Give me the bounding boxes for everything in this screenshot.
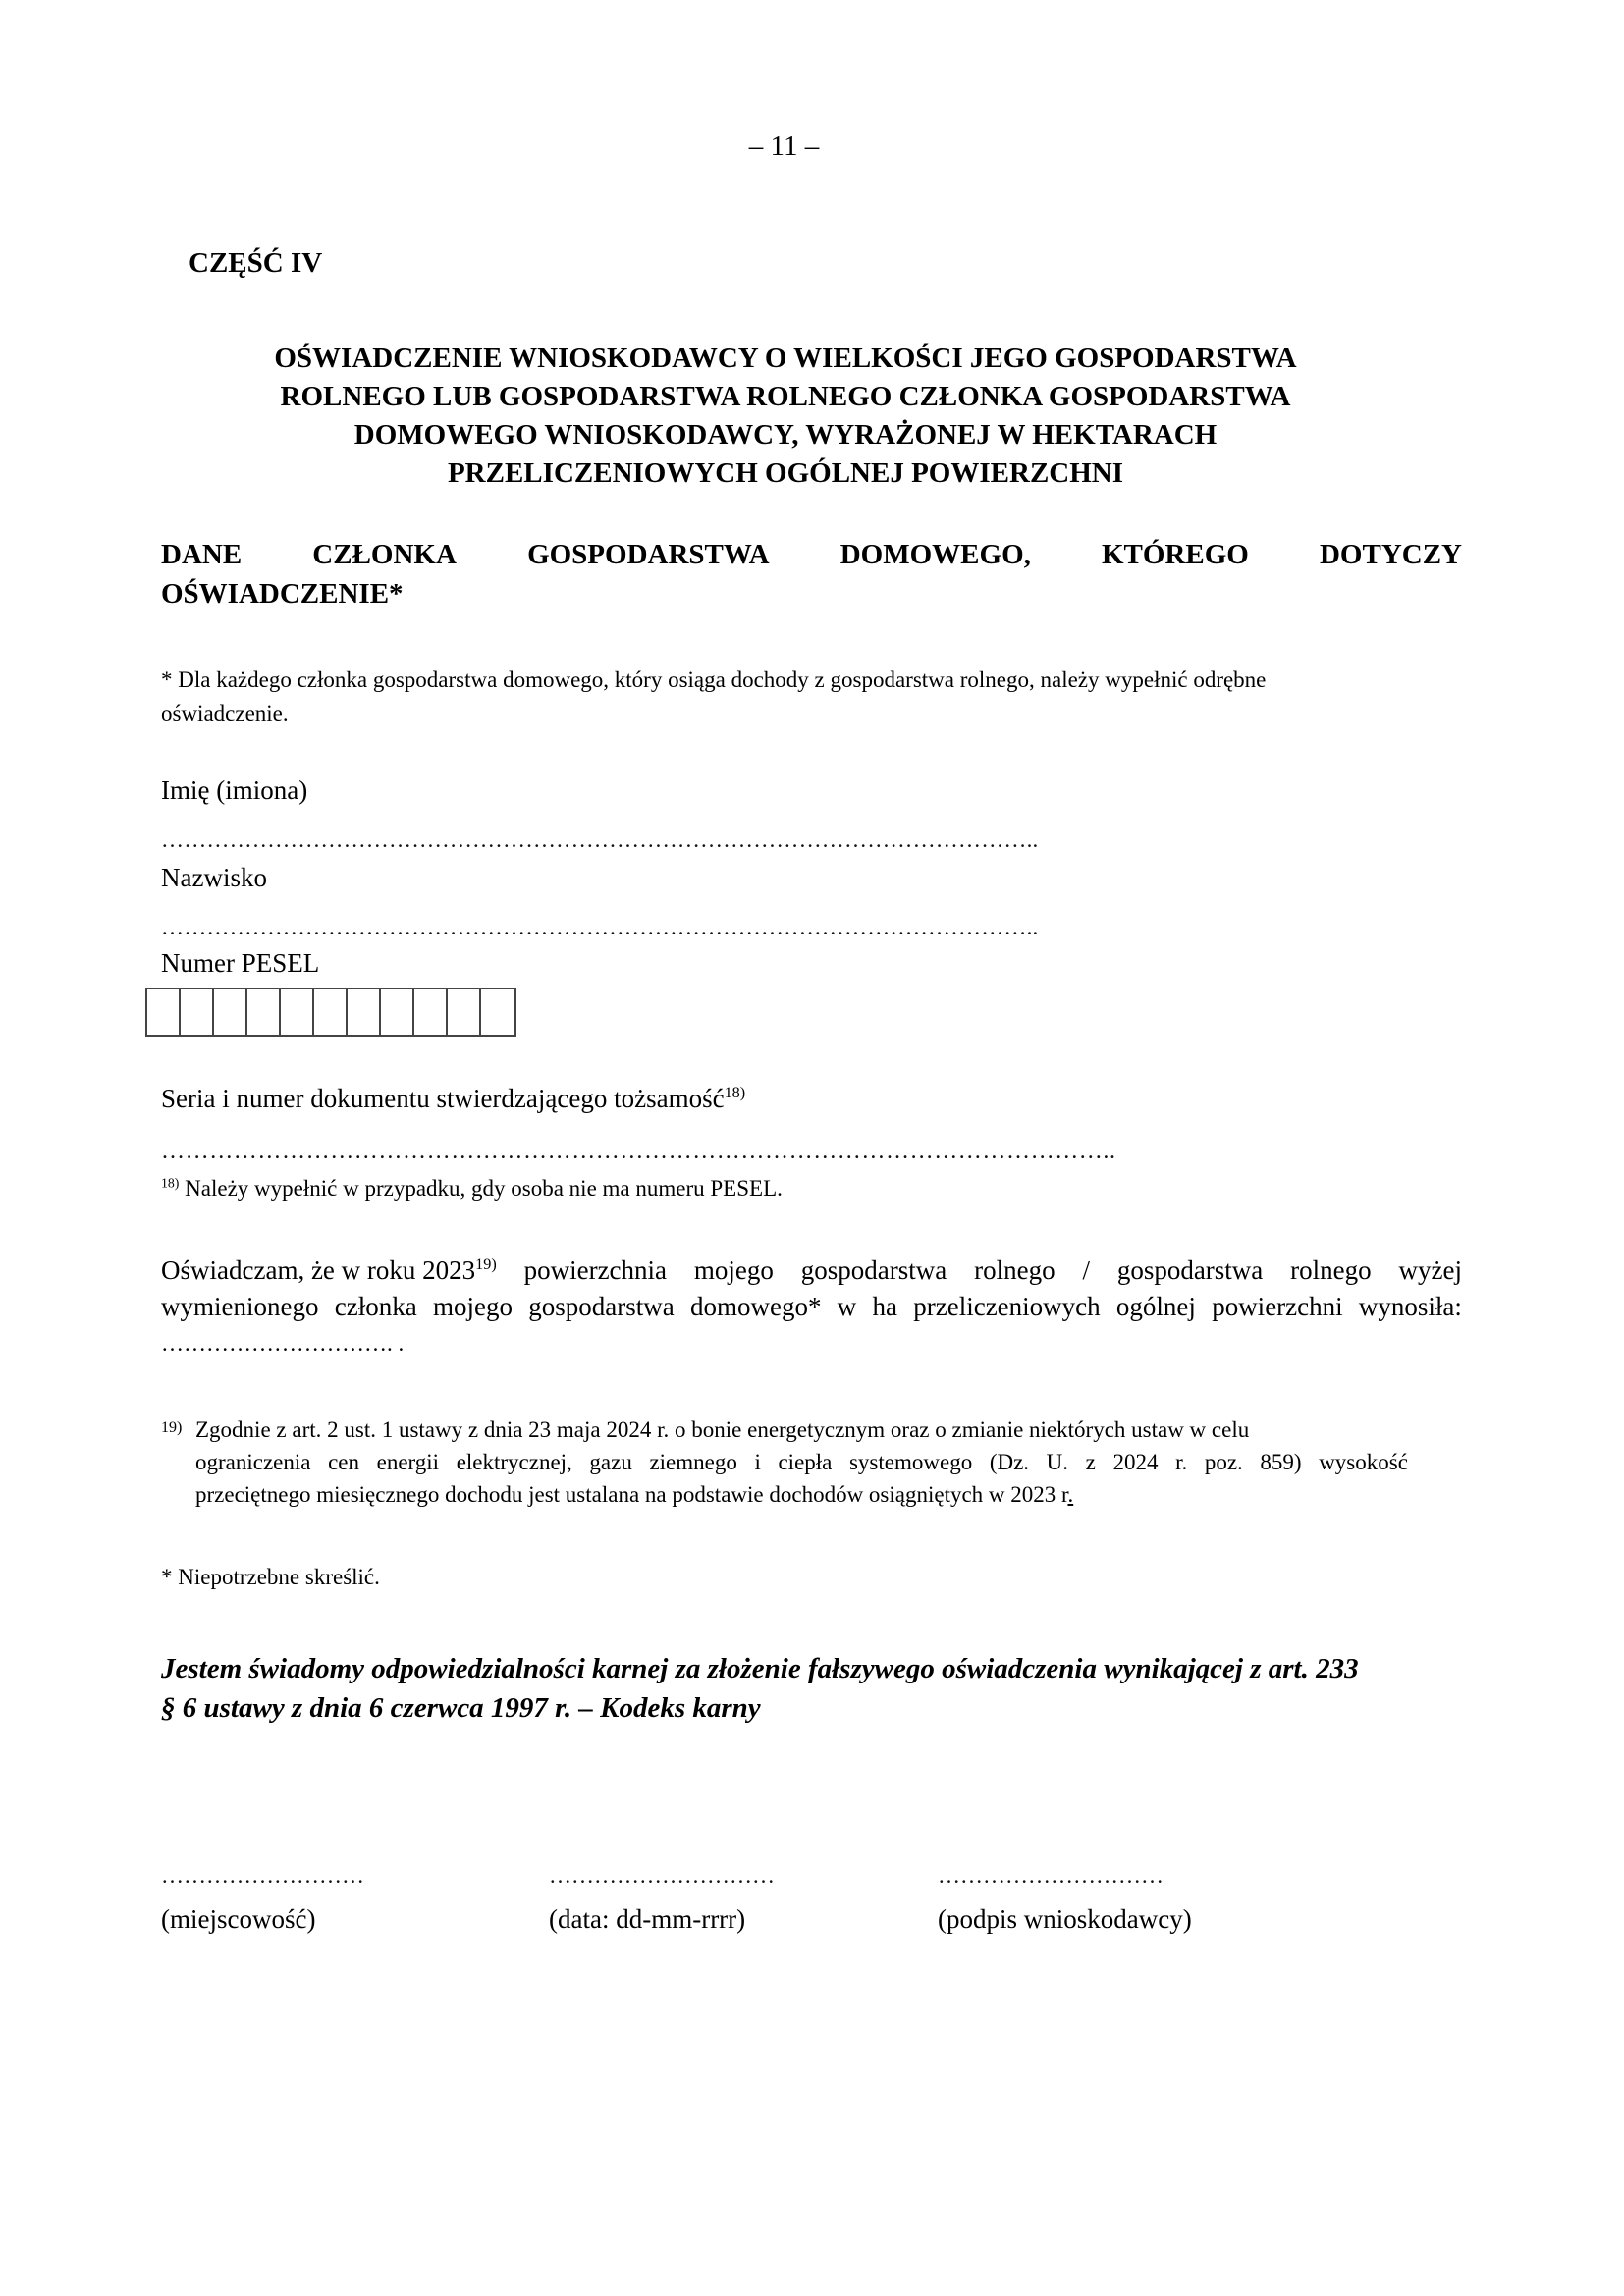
title-line: ROLNEGO LUB GOSPODARSTWA ROLNEGO CZŁONKA…	[0, 378, 1571, 416]
heading-word: KTÓREGO	[1102, 535, 1249, 574]
declaration-word: mojego	[694, 1253, 774, 1289]
pesel-field[interactable]	[145, 988, 516, 1037]
footnote-word: energii	[377, 1446, 439, 1478]
part-label: CZĘŚĆ IV	[189, 247, 322, 280]
footnote-19-line-3-end: .	[1067, 1482, 1073, 1507]
declaration-word: ogólnej	[1116, 1289, 1196, 1325]
declaration-word: wynosiła:	[1359, 1289, 1462, 1325]
footnote-word: 859)	[1260, 1446, 1301, 1478]
pesel-digit-cell[interactable]	[481, 989, 514, 1035]
title-line: PRZELICZENIOWYCH OGÓLNEJ POWIERZCHNI	[0, 454, 1571, 493]
pesel-digit-cell[interactable]	[181, 989, 214, 1035]
intro-note-line-1: * Dla każdego członka gospodarstwa domow…	[161, 664, 1467, 697]
declaration-word: wyżej	[1399, 1253, 1462, 1289]
area-field[interactable]: …………………………. .	[161, 1325, 1462, 1362]
declaration: Oświadczam, że w roku 202319) powierzchn…	[161, 1253, 1462, 1362]
pesel-label: Numer PESEL	[161, 948, 319, 979]
declaration-word: w	[838, 1289, 857, 1325]
id-document-label-text: Seria i numer dokumentu stwierdzającego …	[161, 1084, 725, 1113]
footnote-word: cen	[328, 1446, 359, 1478]
declaration-word: gospodarstwa	[528, 1289, 674, 1325]
declaration-word: domowego*	[690, 1289, 821, 1325]
footnote-word: wysokość	[1319, 1446, 1408, 1478]
declaration-word: gospodarstwa	[1117, 1253, 1263, 1289]
declaration-word: ha	[873, 1289, 897, 1325]
heading-word: GOSPODARSTWA	[527, 535, 770, 574]
signature-label: (podpis wnioskodawcy)	[938, 1904, 1192, 1935]
footnote-19-line-2: ograniczenia cen energii elektrycznej, g…	[195, 1446, 1408, 1478]
id-document-field[interactable]: ……………………………………………………………………………………………………….…	[161, 1139, 1116, 1165]
pesel-digit-cell[interactable]	[448, 989, 481, 1035]
footnote-ref-18: 18)	[725, 1084, 746, 1101]
declaration-line-2: wymienionego członka mojego gospodarstwa…	[161, 1289, 1462, 1325]
declaration-word: rolnego	[1290, 1253, 1371, 1289]
footnote-word: systemowego	[849, 1446, 972, 1478]
section-heading-line-1: DANE CZŁONKA GOSPODARSTWA DOMOWEGO, KTÓR…	[161, 535, 1462, 574]
section-heading: DANE CZŁONKA GOSPODARSTWA DOMOWEGO, KTÓR…	[161, 535, 1462, 614]
pesel-digit-cell[interactable]	[348, 989, 381, 1035]
liability-line-1: Jestem świadomy odpowiedzialności karnej…	[161, 1649, 1467, 1688]
declaration-word: gospodarstwa	[801, 1253, 947, 1289]
liability-line-2: § 6 ustawy z dnia 6 czerwca 1997 r. – Ko…	[161, 1688, 1467, 1728]
pesel-digit-cell[interactable]	[281, 989, 314, 1035]
footnote-18: 18) Należy wypełnić w przypadku, gdy oso…	[161, 1176, 783, 1201]
footnote-word: U.	[1047, 1446, 1068, 1478]
declaration-word: powierzchni	[1212, 1289, 1342, 1325]
declaration-start: Oświadczam, że w roku 202319)	[161, 1253, 497, 1289]
strike-note: * Niepotrzebne skreślić.	[161, 1565, 380, 1590]
title-line: DOMOWEGO WNIOSKODAWCY, WYRAŻONEJ W HEKTA…	[0, 416, 1571, 454]
footnote-18-mark: 18)	[161, 1175, 179, 1190]
pesel-digit-cell[interactable]	[147, 989, 181, 1035]
declaration-word: rolnego	[974, 1253, 1055, 1289]
footnote-word: ziemnego	[649, 1446, 736, 1478]
document-title: OŚWIADCZENIE WNIOSKODAWCY O WIELKOŚCI JE…	[0, 340, 1571, 493]
footnote-word: (Dz.	[990, 1446, 1029, 1478]
declaration-word: powierzchnia	[524, 1253, 667, 1289]
heading-word: DOMOWEGO,	[840, 535, 1031, 574]
footnote-word: 2024	[1112, 1446, 1158, 1478]
footnote-ref-19: 19)	[475, 1255, 497, 1273]
signature-field[interactable]: …………………………	[938, 1863, 1164, 1889]
footnote-word: elektrycznej,	[457, 1446, 572, 1478]
pesel-digit-cell[interactable]	[247, 989, 281, 1035]
intro-note-line-2: oświadczenie.	[161, 697, 1467, 730]
liability-statement: Jestem świadomy odpowiedzialności karnej…	[161, 1649, 1467, 1728]
first-name-label: Imię (imiona)	[161, 775, 307, 806]
footnote-19-body: Zgodnie z art. 2 ust. 1 ustawy z dnia 23…	[161, 1414, 1408, 1511]
date-label: (data: dd-mm-rrrr)	[549, 1904, 745, 1935]
declaration-word: mojego	[433, 1289, 513, 1325]
pesel-digit-cell[interactable]	[414, 989, 448, 1035]
declaration-word: członka	[335, 1289, 417, 1325]
footnote-19-line-3: przeciętnego miesięcznego dochodu jest u…	[195, 1478, 1408, 1511]
page-number: – 11 –	[0, 131, 1568, 163]
footnote-word: gazu	[589, 1446, 631, 1478]
date-field[interactable]: …………………………	[549, 1863, 775, 1889]
last-name-field[interactable]: ……………………………………………………………………………………………………..	[161, 915, 1039, 940]
place-label: (miejscowość)	[161, 1904, 315, 1935]
heading-word: DOTYCZY	[1320, 535, 1462, 574]
first-name-field[interactable]: ……………………………………………………………………………………………………..	[161, 828, 1039, 853]
heading-word: DANE	[161, 535, 242, 574]
footnote-19-mark: 19)	[161, 1412, 182, 1444]
place-field[interactable]: ………………………	[161, 1863, 364, 1889]
declaration-line-1: Oświadczam, że w roku 202319) powierzchn…	[161, 1253, 1462, 1289]
declaration-start-text: Oświadczam, że w roku 2023	[161, 1255, 475, 1285]
declaration-word: wymienionego	[161, 1289, 318, 1325]
pesel-digit-cell[interactable]	[314, 989, 348, 1035]
footnote-word: ciepła	[778, 1446, 832, 1478]
declaration-word: przeliczeniowych	[913, 1289, 1100, 1325]
intro-note: * Dla każdego członka gospodarstwa domow…	[161, 664, 1467, 730]
section-heading-line-2: OŚWIADCZENIE*	[161, 574, 1462, 614]
footnote-18-text: Należy wypełnić w przypadku, gdy osoba n…	[185, 1176, 783, 1201]
footnote-word: ograniczenia	[195, 1446, 310, 1478]
footnote-19-line-3-text: przeciętnego miesięcznego dochodu jest u…	[195, 1482, 1067, 1507]
footnote-word: poz.	[1205, 1446, 1243, 1478]
footnote-word: i	[754, 1446, 760, 1478]
pesel-digit-cell[interactable]	[214, 989, 247, 1035]
pesel-digit-cell[interactable]	[381, 989, 414, 1035]
footnote-19: 19) Zgodnie z art. 2 ust. 1 ustawy z dni…	[161, 1414, 1408, 1511]
footnote-19-line-1: Zgodnie z art. 2 ust. 1 ustawy z dnia 23…	[195, 1414, 1408, 1446]
last-name-label: Nazwisko	[161, 863, 267, 893]
title-line: OŚWIADCZENIE WNIOSKODAWCY O WIELKOŚCI JE…	[0, 340, 1571, 378]
id-document-label: Seria i numer dokumentu stwierdzającego …	[161, 1084, 745, 1114]
footnote-word: z	[1086, 1446, 1096, 1478]
footnote-word: r.	[1175, 1446, 1187, 1478]
heading-word: CZŁONKA	[312, 535, 457, 574]
declaration-word: /	[1082, 1253, 1090, 1289]
